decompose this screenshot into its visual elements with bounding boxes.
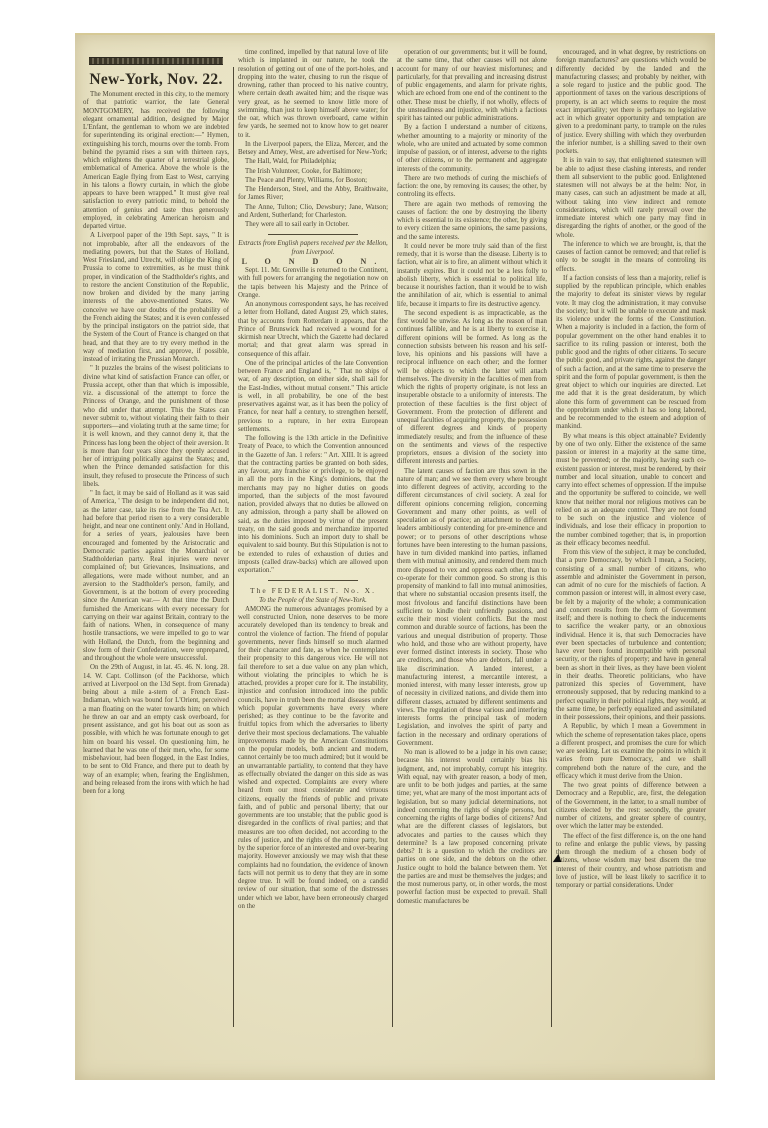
federalist-paragraph: The effect of the first difference is, o… bbox=[556, 833, 706, 891]
article-paragraph: time confined, impelled by that natural … bbox=[238, 49, 388, 140]
article-paragraph: " It puzzles the brains of the wisest po… bbox=[83, 365, 229, 489]
column-1: New-York, Nov. 22. The Monument erected … bbox=[83, 49, 229, 1039]
article-paragraph: The Irish Volunteer, Cooke, for Baltimor… bbox=[238, 168, 388, 176]
federalist-paragraph: By a faction I understand a number of ci… bbox=[397, 124, 547, 174]
article-paragraph: The Henderson, Steel, and the Abby, Brai… bbox=[238, 186, 388, 203]
federalist-paragraph: If a faction consists of less than a maj… bbox=[556, 275, 706, 432]
federalist-paragraph: There are again two methods of removing … bbox=[397, 201, 547, 242]
ornamental-rule bbox=[89, 57, 223, 65]
london-paragraph: The following is the 13th article in the… bbox=[238, 435, 388, 575]
london-heading: L O N D O N. bbox=[238, 258, 388, 266]
article-paragraph: The Anne, Tulton; Clio, Dewsbury; Jane, … bbox=[238, 204, 388, 221]
federalist-paragraph: No man is allowed to be a judge in his o… bbox=[397, 749, 547, 906]
section-divider bbox=[268, 234, 358, 235]
federalist-paragraph: By what means is this object attainable?… bbox=[556, 433, 706, 549]
section-divider bbox=[268, 580, 358, 581]
column-rule bbox=[233, 67, 234, 1027]
federalist-paragraph: operation of our governments; but it wil… bbox=[397, 49, 547, 123]
article-paragraph: The Hall, Wald, for Philadelphia; bbox=[238, 158, 388, 166]
federalist-paragraph: AMONG the numerous advantages promised b… bbox=[238, 606, 388, 911]
federalist-paragraph: There are two methods of curing the misc… bbox=[397, 175, 547, 200]
article-paragraph: In the Liverpool papers, the Eliza, Merc… bbox=[238, 141, 388, 158]
federalist-paragraph: encouraged, and in what degree, by restr… bbox=[556, 49, 706, 156]
column-rule bbox=[392, 67, 393, 1027]
article-paragraph: On the 29th of August, in lat. 45. 46. N… bbox=[83, 664, 229, 796]
federalist-paragraph: The two great points of difference betwe… bbox=[556, 782, 706, 832]
federalist-paragraph: The latent causes of faction are thus so… bbox=[397, 468, 547, 749]
federalist-paragraph: The inference to which we are brought, i… bbox=[556, 241, 706, 274]
federalist-paragraph: A Republic, by which I mean a Government… bbox=[556, 723, 706, 781]
article-paragraph: They were all to sail early in October. bbox=[238, 221, 388, 229]
extract-heading: Extracts from English papers received pe… bbox=[238, 240, 388, 257]
column-2: time confined, impelled by that natural … bbox=[238, 49, 388, 1039]
column-4: encouraged, and in what degree, by restr… bbox=[556, 49, 706, 1039]
article-paragraph: A Liverpool paper of the 19th Sept. says… bbox=[83, 232, 229, 364]
london-paragraph: Sept. 11. Mr. Grenville is returned to t… bbox=[238, 267, 388, 300]
dateline-heading: New-York, Nov. 22. bbox=[83, 71, 229, 89]
article-paragraph: The Peace and Plenty, Williams, for Bost… bbox=[238, 177, 388, 185]
column-3: operation of our governments; but it wil… bbox=[397, 49, 547, 1039]
newspaper-page: New-York, Nov. 22. The Monument erected … bbox=[75, 33, 715, 1080]
federalist-paragraph: It is in vain to say, that enlightened s… bbox=[556, 157, 706, 240]
london-paragraph: An anonymous correspondent says, he has … bbox=[238, 301, 388, 359]
article-paragraph: " In fact, it may be said of Holland as … bbox=[83, 490, 229, 663]
federalist-title: The FEDERALIST. No. X. bbox=[238, 587, 388, 595]
federalist-paragraph: The second expedient is as impracticable… bbox=[397, 310, 547, 467]
article-paragraph: The Monument erected in this city, to th… bbox=[83, 91, 229, 231]
column-rule bbox=[551, 67, 552, 1027]
federalist-paragraph: It could never be more truly said than o… bbox=[397, 243, 547, 309]
federalist-paragraph: From this view of the subject, it may be… bbox=[556, 549, 706, 722]
federalist-subtitle: To the People of the State of New-York. bbox=[238, 597, 388, 605]
london-paragraph: One of the principal articles of the lat… bbox=[238, 360, 388, 434]
